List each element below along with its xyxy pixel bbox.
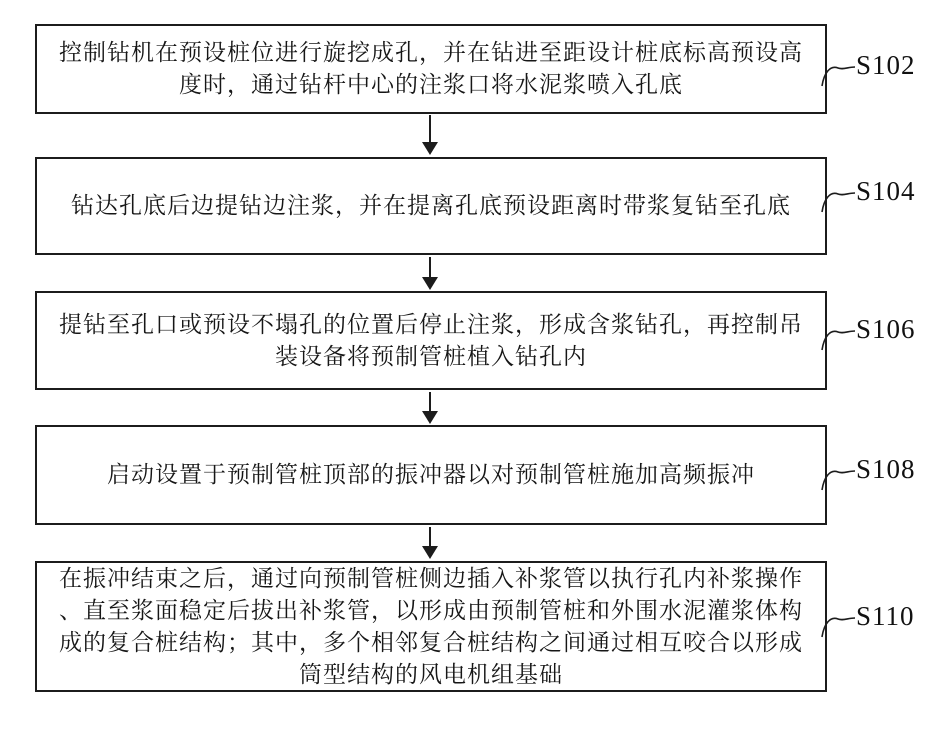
flow-arrow [421, 527, 439, 559]
step-box-s110: 在振冲结束之后，通过向预制管桩侧边插入补浆管以执行孔内补浆操作 、直至浆面稳定后… [35, 561, 827, 692]
step-text-line: 度时，通过钻杆中心的注浆口将水泥浆喷入孔底 [179, 69, 683, 101]
arrow-down-icon [422, 546, 438, 559]
step-text-line: 在振冲结束之后，通过向预制管桩侧边插入补浆管以执行孔内补浆操作 [59, 563, 803, 595]
arrow-down-icon [422, 142, 438, 155]
connector-curve-icon [820, 324, 856, 352]
connector-curve-icon [820, 60, 856, 88]
connector-curve-icon [820, 186, 856, 214]
arrow-shaft [429, 527, 431, 546]
step-text-line: 钻达孔底后边提钻边注浆，并在提离孔底预设距离时带浆复钻至孔底 [71, 190, 791, 222]
step-text-line: 筒型结构的风电机组基础 [299, 659, 563, 691]
step-box-s104: 钻达孔底后边提钻边注浆，并在提离孔底预设距离时带浆复钻至孔底 [35, 157, 827, 255]
step-ref-s110: S110 [820, 601, 915, 639]
arrow-down-icon [422, 277, 438, 290]
step-text-line: 装设备将预制管桩植入钻孔内 [275, 341, 587, 373]
arrow-shaft [429, 257, 431, 277]
step-box-s108: 启动设置于预制管桩顶部的振冲器以对预制管桩施加高频振冲 [35, 425, 827, 525]
step-ref-s106: S106 [820, 314, 916, 352]
step-text-line: 成的复合桩结构；其中，多个相邻复合桩结构之间通过相互咬合以形成 [59, 627, 803, 659]
step-label: S102 [856, 50, 916, 80]
step-ref-s108: S108 [820, 454, 916, 492]
connector-curve-icon [820, 611, 856, 639]
flow-arrow [421, 115, 439, 155]
step-box-s102: 控制钻机在预设桩位进行旋挖成孔，并在钻进至距设计桩底标高预设高 度时，通过钻杆中… [35, 24, 827, 114]
flow-arrow [421, 392, 439, 424]
step-label: S104 [856, 176, 916, 206]
flow-arrow [421, 257, 439, 290]
arrow-down-icon [422, 411, 438, 424]
step-text-line: 、直至浆面稳定后拔出补浆管，以形成由预制管桩和外围水泥灌浆体构 [59, 595, 803, 627]
arrow-shaft [429, 115, 431, 142]
flowchart-canvas: 控制钻机在预设桩位进行旋挖成孔，并在钻进至距设计桩底标高预设高 度时，通过钻杆中… [0, 0, 929, 736]
step-label: S110 [856, 601, 915, 631]
step-box-s106: 提钻至孔口或预设不塌孔的位置后停止注浆，形成含浆钻孔，再控制吊 装设备将预制管桩… [35, 291, 827, 390]
step-label: S108 [856, 454, 916, 484]
arrow-shaft [429, 392, 431, 411]
step-ref-s104: S104 [820, 176, 916, 214]
step-label: S106 [856, 314, 916, 344]
step-ref-s102: S102 [820, 50, 916, 88]
step-text-line: 提钻至孔口或预设不塌孔的位置后停止注浆，形成含浆钻孔，再控制吊 [59, 309, 803, 341]
step-text-line: 启动设置于预制管桩顶部的振冲器以对预制管桩施加高频振冲 [107, 459, 755, 491]
connector-curve-icon [820, 464, 856, 492]
step-text-line: 控制钻机在预设桩位进行旋挖成孔，并在钻进至距设计桩底标高预设高 [59, 37, 803, 69]
